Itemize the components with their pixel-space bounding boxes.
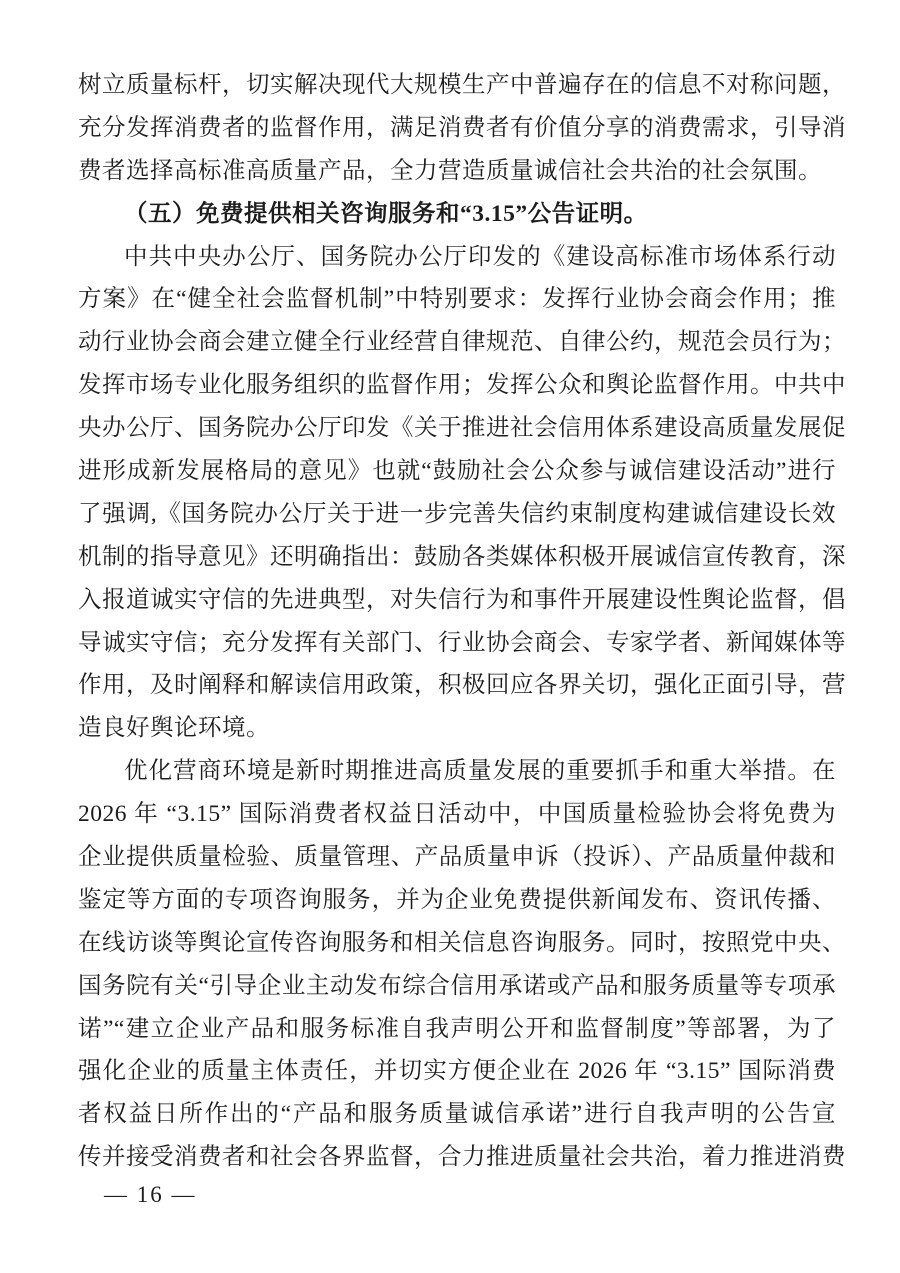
- text-line: 作用，及时阐释和解读信用政策，积极回应各界关切，强化正面引导，营: [78, 664, 836, 707]
- text-line: 2026 年 “3.15” 国际消费者权益日活动中，中国质量检验协会将免费为: [78, 793, 836, 836]
- page-number: — 16 —: [104, 1178, 197, 1212]
- text-line: 诺”“建立企业产品和服务标准自我声明公开和监督制度”等部署，为了: [78, 1008, 836, 1051]
- text-line: 中共中央办公厅、国务院办公厅印发的《建设高标准市场体系行动: [78, 236, 836, 279]
- text-line: 发挥市场专业化服务组织的监督作用；发挥公众和舆论监督作用。中共中: [78, 364, 836, 407]
- document-page: 树立质量标杆，切实解决现代大规模生产中普遍存在的信息不对称问题，充分发挥消费者的…: [0, 0, 900, 1273]
- document-body: 树立质量标杆，切实解决现代大规模生产中普遍存在的信息不对称问题，充分发挥消费者的…: [78, 64, 836, 1179]
- text-line: （五）免费提供相关咨询服务和“3.15”公告证明。: [78, 193, 836, 236]
- text-line: 央办公厅、国务院办公厅印发《关于推进社会信用体系建设高质量发展促: [78, 407, 836, 450]
- text-line: 国务院有关“引导企业主动发布综合信用承诺或产品和服务质量等专项承: [78, 965, 836, 1008]
- text-line: 在线访谈等舆论宣传咨询服务和相关信息咨询服务。同时，按照党中央、: [78, 922, 836, 965]
- text-line: 强化企业的质量主体责任，并切实方便企业在 2026 年 “3.15” 国际消费: [78, 1050, 836, 1093]
- text-line: 优化营商环境是新时期推进高质量发展的重要抓手和重大举措。在: [78, 750, 836, 793]
- text-line: 导诚实守信；充分发挥有关部门、行业协会商会、专家学者、新闻媒体等: [78, 622, 836, 665]
- text-line: 机制的指导意见》还明确指出：鼓励各类媒体积极开展诚信宣传教育，深: [78, 536, 836, 579]
- text-line: 费者选择高标准高质量产品，全力营造质量诚信社会共治的社会氛围。: [78, 150, 836, 193]
- text-line: 企业提供质量检验、质量管理、产品质量申诉（投诉）、产品质量仲裁和: [78, 836, 836, 879]
- text-line: 造良好舆论环境。: [78, 707, 836, 750]
- text-line: 传并接受消费者和社会各界监督，合力推进质量社会共治，着力推进消费: [78, 1136, 836, 1179]
- text-line: 树立质量标杆，切实解决现代大规模生产中普遍存在的信息不对称问题，: [78, 64, 836, 107]
- text-line: 方案》在“健全社会监督机制”中特别要求：发挥行业协会商会作用；推: [78, 278, 836, 321]
- text-line: 充分发挥消费者的监督作用，满足消费者有价值分享的消费需求，引导消: [78, 107, 836, 150]
- text-line: 动行业协会商会建立健全行业经营自律规范、自律公约，规范会员行为；: [78, 321, 836, 364]
- text-line: 者权益日所作出的“产品和服务质量诚信承诺”进行自我声明的公告宣: [78, 1093, 836, 1136]
- text-line: 进形成新发展格局的意见》也就“鼓励社会公众参与诚信建设活动”进行: [78, 450, 836, 493]
- text-line: 入报道诚实守信的先进典型，对失信行为和事件开展建设性舆论监督，倡: [78, 579, 836, 622]
- text-line: 了强调,《国务院办公厅关于进一步完善失信约束制度构建诚信建设长效: [78, 493, 836, 536]
- text-line: 鉴定等方面的专项咨询服务，并为企业免费提供新闻发布、资讯传播、: [78, 879, 836, 922]
